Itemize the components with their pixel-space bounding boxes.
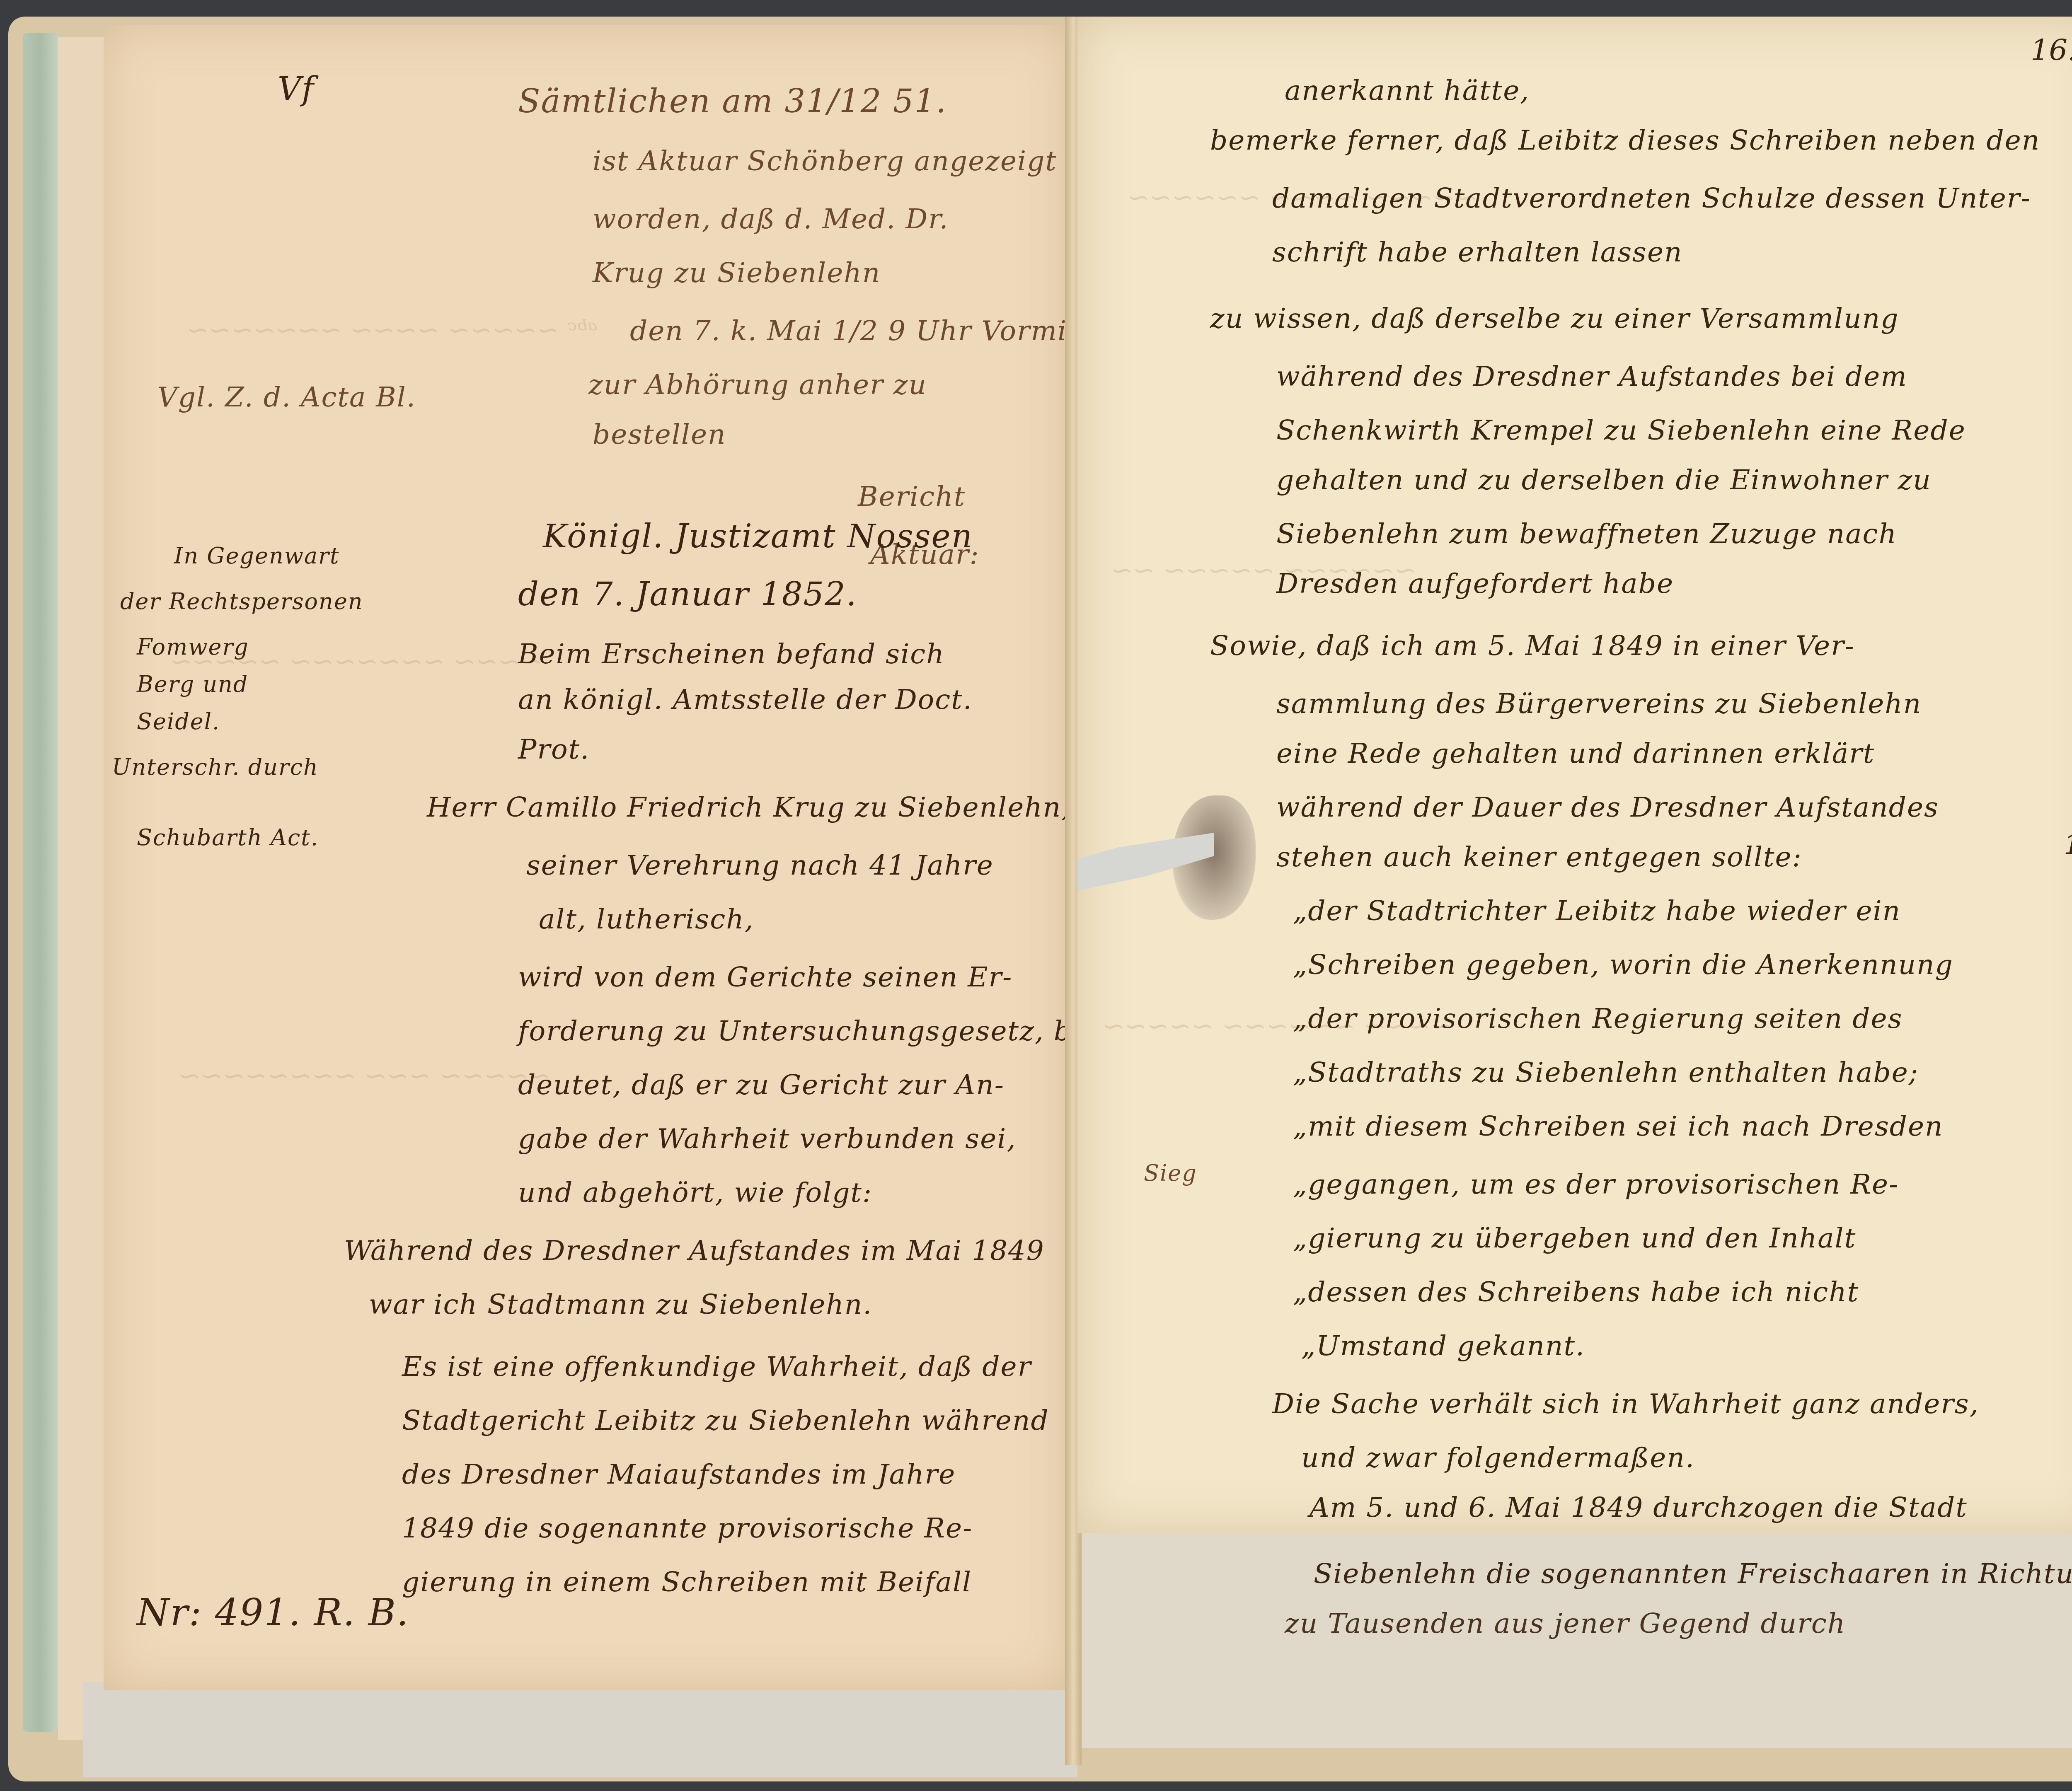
presence-note-line: Unterschr. durch [112,754,319,780]
body-line: „Umstand gekannt. [1301,1330,1585,1362]
body-line: gabe der Wahrheit verbunden sei, [518,1123,1016,1155]
body-line: alt, lutherisch, [539,903,754,935]
body-line: „gierung zu übergeben und den Inhalt [1293,1222,1856,1254]
body-line: Königl. Justizamt Nossen [543,518,973,555]
header-note-line: den 7. k. Mai 1/2 9 Uhr Vormittags [630,315,1141,347]
body-line: Herr Camillo Friedrich Krug zu Siebenleh… [427,791,1071,823]
margin-note: Vgl. Z. d. Acta Bl. [157,381,416,413]
underlying-sheet-left [83,1682,1077,1777]
archive-number: Nr: 491. R. B. [137,1591,409,1634]
presence-note-line: Schubarth Act. [137,824,319,851]
body-line: des Dresdner Maiaufstandes im Jahre [402,1458,956,1490]
body-line: während des Dresdner Aufstandes bei dem [1276,360,1907,392]
body-line: gierung in einem Schreiben mit Beifall [402,1566,972,1598]
presence-note-line: der Rechtspersonen [120,588,363,614]
left-page: ᵃᵇᶜ ~~~~~ ~~~~ ~~~~~~~ ~~~~ ~~~~~~~ ~~~~… [104,25,1069,1690]
page-number: 16. [2031,33,2072,67]
body-line: sammlung des Bürgervereins zu Siebenlehn [1276,688,1922,720]
body-line: „der provisorischen Regierung seiten des [1293,1003,1903,1034]
header-note-line: Sämtlichen am 31/12 51. [518,83,947,120]
body-line: gehalten und zu derselben die Einwohner … [1276,464,1932,496]
body-line: forderung zu Untersuchungsgesetz, be- [518,1015,1099,1047]
body-line: anerkannt hätte, [1285,75,1530,106]
body-line: Dresden aufgefordert habe [1276,568,1674,599]
body-line: Siebenlehn die sogenannten Freischaaren … [1314,1558,2072,1590]
body-line: während der Dauer des Dresdner Aufstande… [1276,791,1939,823]
body-line: „der Stadtrichter Leibitz habe wieder ei… [1293,895,1901,927]
body-line: den 7. Januar 1852. [518,576,857,613]
body-line-underlying: zu Tausenden aus jener Gegend durch [1285,1607,1846,1639]
body-line: Während des Dresdner Aufstandes im Mai 1… [344,1235,1045,1267]
body-line: „Stadtraths zu Siebenlehn enthalten habe… [1293,1056,1919,1088]
bleed-through-text: ~~~~~ ~~~ ~~~~~~~~ [178,1061,551,1091]
body-line: schrift habe erhalten lassen [1272,236,1682,268]
right-page: ~~~~~ ~~~~ ~~~~~~ ~~~~~~ ~~~~~ ~~ ~~~~ ~… [1077,17,2072,1533]
presence-note-line: Fomwerg [137,634,249,660]
presence-note-line: Berg und [137,671,248,697]
body-line: „Schreiben gegeben, worin die Anerkennun… [1293,949,1953,981]
header-note-line: Krug zu Siebenlehn [593,257,881,289]
body-line: seiner Verehrung nach 41 Jahre [526,849,994,881]
body-line: deutet, daß er zu Gericht zur An- [518,1069,1005,1101]
body-line: und zwar folgendermaßen. [1301,1442,1695,1474]
body-line: an königl. Amtsstelle der Doct. [518,684,973,715]
body-line: „dessen des Schreibens habe ich nicht [1293,1276,1859,1308]
margin-numeral: 1. [2064,829,2072,860]
body-line: war ich Stadtmann zu Siebenlehn. [369,1288,872,1320]
body-line: Es ist eine offenkundige Wahrheit, daß d… [402,1351,1031,1383]
body-line: Am 5. und 6. Mai 1849 durchzogen die Sta… [1310,1491,1968,1523]
body-line: Beim Erscheinen befand sich [518,638,945,670]
header-note-line: worden, daß d. Med. Dr. [593,203,949,235]
body-line: Schenkwirth Krempel zu Siebenlehn eine R… [1276,414,1966,446]
body-line: 1849 die sogenannte provisorische Re- [402,1512,973,1544]
body-line: Siebenlehn zum bewaffneten Zuzuge nach [1276,518,1897,550]
body-line: Prot. [518,733,590,765]
body-line: und abgehört, wie folgt: [518,1177,872,1209]
body-line: Stadtgericht Leibitz zu Siebenlehn währe… [402,1404,1049,1436]
body-line: „mit diesem Schreiben sei ich nach Dresd… [1293,1110,1944,1142]
margin-note: Sieg [1144,1160,1197,1186]
header-note-line: bestellen [593,418,726,450]
spine-cloth-tape [23,33,58,1732]
body-line: damaligen Stadtverordneten Schulze desse… [1272,182,2031,214]
body-line: bemerke ferner, daß Leibitz dieses Schre… [1210,124,2040,156]
body-line: zu wissen, daß derselbe zu einer Versamm… [1210,302,1899,334]
body-line: „gegangen, um es der provisorischen Re- [1293,1168,1899,1200]
body-line: Die Sache verhält sich in Wahrheit ganz … [1272,1388,1979,1420]
body-line: stehen auch keiner entgegen sollte: [1276,841,1802,873]
body-line: Sowie, daß ich am 5. Mai 1849 in einer V… [1210,630,1855,662]
inner-margin [58,37,104,1740]
presence-note-line: Seidel. [137,708,220,735]
corner-mark: Vf [278,70,315,108]
body-line: eine Rede gehalten und darinnen erklärt [1276,737,1875,769]
signature-note: Bericht [858,481,966,512]
body-line: wird von dem Gerichte seinen Er- [518,961,1012,993]
bleed-through-text: ᵃᵇᶜ ~~~~~ ~~~~ ~~~~~~~ [186,315,597,346]
header-note-line: zur Abhörung anher zu [588,369,927,401]
header-note-line: ist Aktuar Schönberg angezeigt [593,145,1057,177]
presence-note-line: In Gegenwart [174,543,340,569]
